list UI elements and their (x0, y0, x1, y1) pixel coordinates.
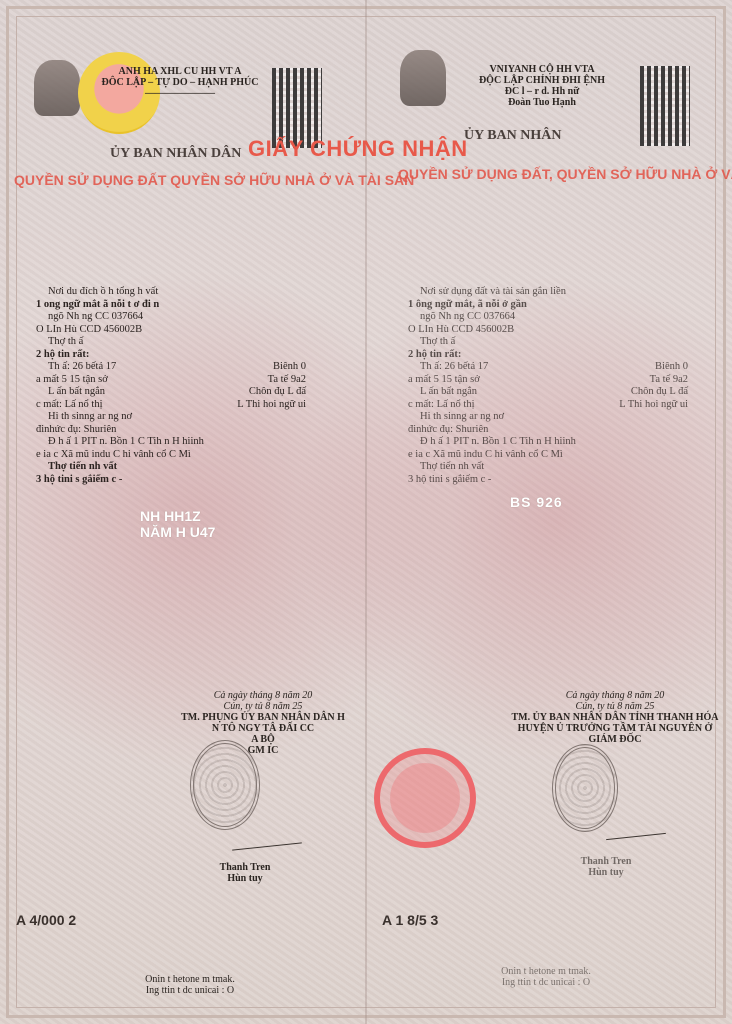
body-field-value: Ta tế 9a2 (268, 374, 306, 387)
header-line: ĐỘC LẬP CHỈNH ĐHI ỆNH (452, 75, 632, 86)
signature (606, 833, 666, 840)
bottom-serial: A 1 8/5 3 (382, 912, 438, 928)
signing-date: Cả ngày tháng 8 năm 20 (168, 690, 358, 701)
header-line: ĐC l – r d. Hh nữ (452, 86, 632, 97)
certificate-subtitle: QUYỀN SỬ DỤNG ĐẤT, QUYỀN SỞ HỮU NHÀ Ở VÀ… (398, 166, 732, 182)
signer-name: Thanh Tren Hùn tuy (566, 856, 646, 878)
footer-line: Onin t hetone m tmak. (110, 974, 270, 985)
body-field-value: Biênh 0 (273, 361, 306, 374)
body-line: c mất: Lấ nổ thịL Thi hoi ngữ ui (36, 399, 306, 412)
portrait-icon (400, 50, 446, 106)
signing-place: Cún, ty tủ 8 năm 25 (168, 701, 358, 712)
certificate-body: Nơi du đích ồ h tổng h vất1 ong ngữ mắt … (36, 286, 306, 486)
body-line: Nơi sử dụng đất và tài sản gắn liền (408, 286, 688, 299)
right-page: VNIYANH CỘ HH VTA ĐỘC LẬP CHỈNH ĐHI ỆNH … (366, 0, 732, 1024)
qr-code (640, 66, 690, 146)
body-field-label: L ấn bất ngắn (48, 386, 105, 399)
body-line: đinhức đụ: Shuriên (36, 424, 306, 437)
footer-note: Onin t hetone m tmak. Ing ttin t dc unic… (110, 974, 270, 996)
authority-line: A BỘ (168, 734, 358, 745)
authority-line: TM. PHỤNG ỦY BAN NHÂN DÂN H (168, 712, 358, 723)
signer-name-line: Hùn tuy (200, 873, 290, 884)
body-field-label: Th ấ: 26 bếtả 17 (48, 361, 116, 374)
authority-line: N TÔ NGY TÂ ĐẤI CC (168, 723, 358, 734)
signing-date: Cả ngày tháng 8 năm 20 (500, 690, 730, 701)
body-field-value: L Thi hoi ngữ ui (237, 399, 306, 412)
body-line: ngõ Nh ng CC 037664 (408, 311, 688, 324)
body-line: Đ h ấ 1 PIT n. Bồn 1 C Tih n H hiinh (36, 436, 306, 449)
body-line: e ia c Xã mũ indu C hi vânh cổ C Mì (408, 449, 688, 462)
signature (232, 842, 302, 850)
bottom-serial: A 4/000 2 (16, 912, 76, 928)
body-line: Hi th sinng ar ng nơ (36, 411, 306, 424)
body-line: Thợ th ấ (36, 336, 306, 349)
portrait-icon (34, 60, 80, 116)
certificate-subtitle: QUYỀN SỬ DỤNG ĐẤT QUYỀN SỞ HỮU NHÀ Ở VÀ … (14, 172, 414, 188)
center-serial: BS 926 (510, 494, 563, 510)
body-line: a mất 5 15 tận sởTa tế 9a2 (36, 374, 306, 387)
left-page: ANH HA XHL CU HH VT A ĐÔC LẬP – TỰ DO – … (0, 0, 366, 1024)
authority-line: GIÁM ĐỐC (500, 734, 730, 745)
body-line: O LIn Hù CCD 456002B (408, 324, 688, 337)
body-field-value: Chôn đụ L đấ (631, 386, 688, 399)
header-line: ANH HA XHL CU HH VT A (100, 66, 260, 77)
body-field-value: Chôn đụ L đấ (249, 386, 306, 399)
body-field-label: c mất: Lấ nổ thị (408, 399, 474, 412)
national-header: VNIYANH CỘ HH VTA ĐỘC LẬP CHỈNH ĐHI ỆNH … (452, 64, 632, 108)
signer-name-line: Thanh Tren (200, 862, 290, 873)
body-field-value: L Thi hoi ngữ ui (619, 399, 688, 412)
signer-name: Thanh Tren Hùn tuy (200, 862, 290, 884)
body-line: 2 hộ tin rất: (36, 349, 306, 362)
authority-line: HUYỆN Ủ TRƯỞNG TẦM TÀI NGUYÊN Ở (500, 723, 730, 734)
body-field-label: Th ấ: 26 bếtả 17 (420, 361, 488, 374)
certificate-body: Nơi sử dụng đất và tài sản gắn liền1 ông… (408, 286, 688, 486)
national-header: ANH HA XHL CU HH VT A ĐÔC LẬP – TỰ DO – … (100, 66, 260, 99)
footer-line: Ing ttin t dc unicai : O (466, 977, 626, 988)
department-title: ỦY BAN NHÂN (464, 128, 561, 144)
body-line: Th ấ: 26 bếtả 17Biênh 0 (408, 361, 688, 374)
body-line: đinhức đụ: Shuriên (408, 424, 688, 437)
signing-block: Cả ngày tháng 8 năm 20 Cún, ty tủ 8 năm … (500, 690, 730, 745)
signer-name-line: Hùn tuy (566, 867, 646, 878)
footer-note: Onin t hetone m tmak. Ing ttin t dc unic… (466, 966, 626, 988)
header-line: ——————— (100, 88, 260, 99)
body-line: O LIn Hù CCD 456002B (36, 324, 306, 337)
header-line: Đoàn Tuo Hạnh (452, 97, 632, 108)
body-line: 2 hộ tin rất: (408, 349, 688, 362)
authority-line: GM IC (168, 745, 358, 756)
body-line: 1 ong ngữ mắt ã nỗi t ơ đi n (36, 299, 306, 312)
body-line: Thợ th ấ (408, 336, 688, 349)
footer-line: Onin t hetone m tmak. (466, 966, 626, 977)
red-seal-stamp (374, 748, 476, 848)
signing-place: Cún, ty tủ 8 năm 25 (500, 701, 730, 712)
body-field-label: L ấn bất ngắn (420, 386, 477, 399)
body-line: ngõ Nh ng CC 037664 (36, 311, 306, 324)
body-field-label: c mất: Lấ nổ thị (36, 399, 102, 412)
center-serial: NH HH1Z NĂM H U47 (140, 508, 215, 540)
body-field-value: Ta tế 9a2 (650, 374, 688, 387)
footer-line: Ing ttin t dc unicai : O (110, 985, 270, 996)
department-title: ỦY BAN NHÂN DÂN (110, 146, 241, 162)
body-line: L ấn bất ngắnChôn đụ L đấ (36, 386, 306, 399)
body-line: Đ h ấ 1 PIT n. Bồn 1 C Tih n H hiinh (408, 436, 688, 449)
official-stamp (552, 744, 618, 832)
body-line: 3 hộ tini s gắiếm c - (36, 474, 306, 487)
body-field-value: Biênh 0 (655, 361, 688, 374)
signer-name-line: Thanh Tren (566, 856, 646, 867)
body-line: Nơi du đích ồ h tổng h vất (36, 286, 306, 299)
body-line: 3 hộ tini s gắiếm c - (408, 474, 688, 487)
body-line: Hi th sinng ar ng nơ (408, 411, 688, 424)
body-line: c mất: Lấ nổ thịL Thi hoi ngữ ui (408, 399, 688, 412)
header-line: ĐÔC LẬP – TỰ DO – HẠNH PHÚC (100, 77, 260, 88)
body-line: 1 ông ngữ mắt, ã nỗi ở gần (408, 299, 688, 312)
body-line: Thợ tiến nh vất (36, 461, 306, 474)
body-line: Thợ tiến nh vất (408, 461, 688, 474)
body-line: e ia c Xã mũ indu C hi vânh cổ C Mì (36, 449, 306, 462)
body-line: a mất 5 15 tận sởTa tế 9a2 (408, 374, 688, 387)
certificate-sheet: ANH HA XHL CU HH VT A ĐÔC LẬP – TỰ DO – … (0, 0, 732, 1024)
body-field-label: a mất 5 15 tận sở (36, 374, 108, 387)
body-field-label: a mất 5 15 tận sở (408, 374, 480, 387)
official-stamp (190, 740, 260, 830)
signing-block: Cả ngày tháng 8 năm 20 Cún, ty tủ 8 năm … (168, 690, 358, 756)
body-line: Th ấ: 26 bếtả 17Biênh 0 (36, 361, 306, 374)
header-line: VNIYANH CỘ HH VTA (452, 64, 632, 75)
authority-line: TM. ỦY BAN NHÂN DÂN TỈNH THANH HÓA (500, 712, 730, 723)
body-line: L ấn bất ngắnChôn đụ L đấ (408, 386, 688, 399)
